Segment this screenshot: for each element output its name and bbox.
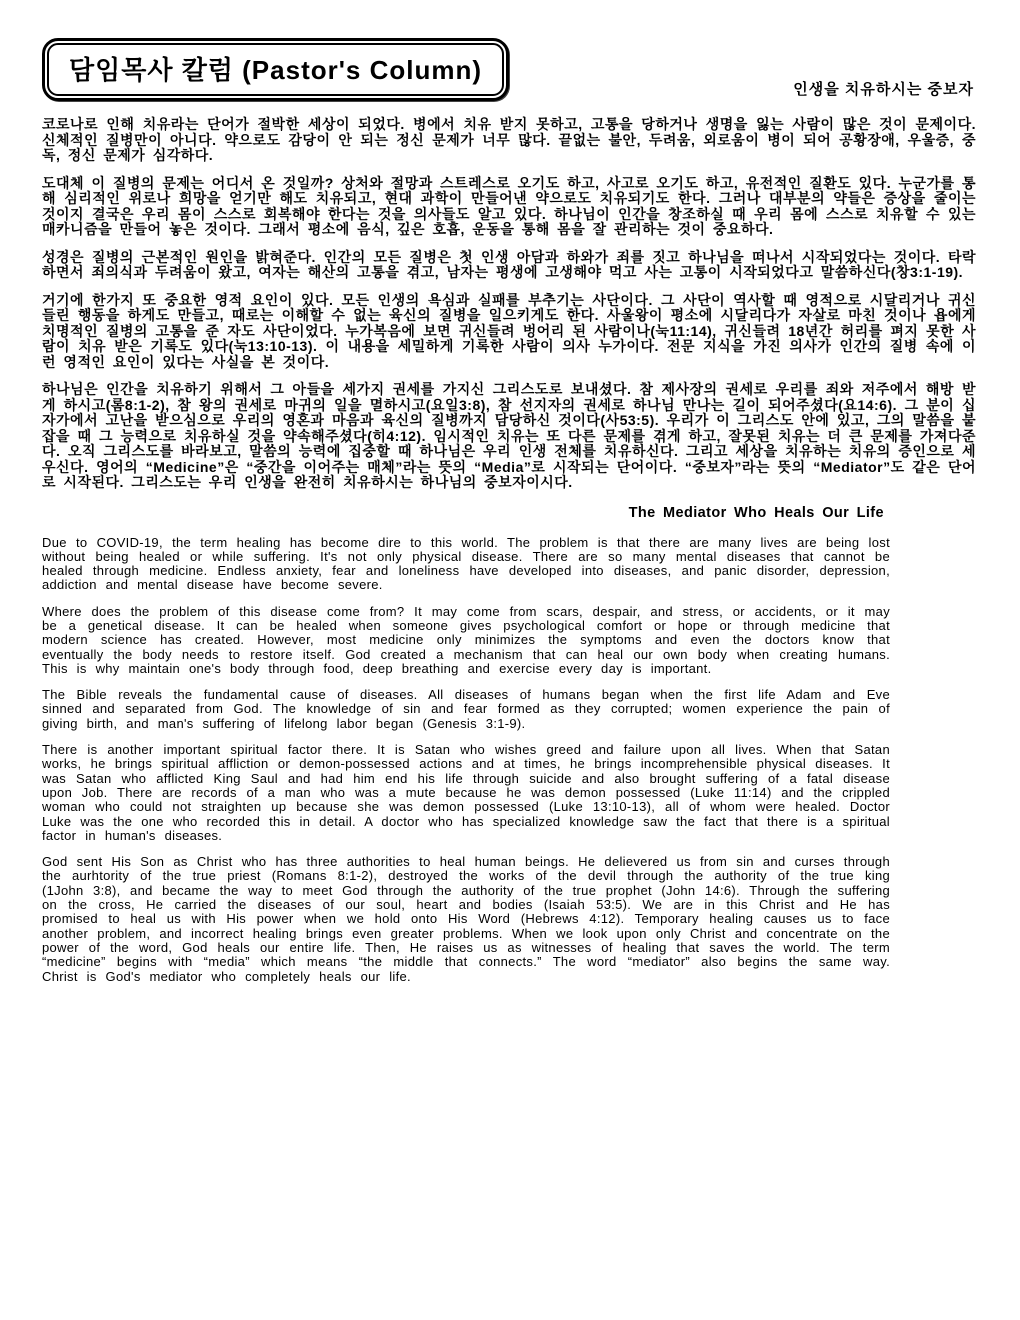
english-title: The Mediator Who Heals Our Life — [42, 505, 890, 521]
english-paragraph: Due to COVID-19, the term healing has be… — [42, 536, 890, 593]
korean-section: 코로나로 인해 치유라는 단어가 절박한 세상이 되었다. 병에서 치유 받지 … — [42, 117, 976, 491]
page-title: 담임목사 칼럼 (Pastor's Column) — [47, 43, 504, 96]
english-paragraph: Where does the problem of this disease c… — [42, 605, 890, 676]
korean-paragraph: 하나님은 인간을 치유하기 위해서 그 아들을 세가지 권세를 가지신 그리스도… — [42, 382, 976, 491]
korean-paragraph: 거기에 한가지 또 중요한 영적 요인이 있다. 모든 인생의 욕심과 실패를 … — [42, 293, 976, 371]
english-paragraph: God sent His Son as Christ who has three… — [42, 855, 890, 984]
korean-paragraph: 도대체 이 질병의 문제는 어디서 온 것일까? 상처와 절망과 스트레스로 오… — [42, 176, 976, 238]
page-header: 담임목사 칼럼 (Pastor's Column) 인생을 치유하시는 중보자 — [42, 38, 976, 101]
korean-paragraph: 성경은 질병의 근본적인 원인을 밝혀준다. 인간의 모든 질병은 첫 인생 아… — [42, 250, 976, 281]
korean-subtitle: 인생을 치유하시는 중보자 — [793, 78, 976, 101]
english-paragraph: The Bible reveals the fundamental cause … — [42, 688, 890, 731]
korean-paragraph: 코로나로 인해 치유라는 단어가 절박한 세상이 되었다. 병에서 치유 받지 … — [42, 117, 976, 164]
pastor-column-title-box: 담임목사 칼럼 (Pastor's Column) — [42, 38, 509, 101]
english-section: The Mediator Who Heals Our Life Due to C… — [42, 505, 890, 984]
english-paragraph: There is another important spiritual fac… — [42, 743, 890, 843]
pastor-column-page: 담임목사 칼럼 (Pastor's Column) 인생을 치유하시는 중보자 … — [0, 0, 1020, 1320]
